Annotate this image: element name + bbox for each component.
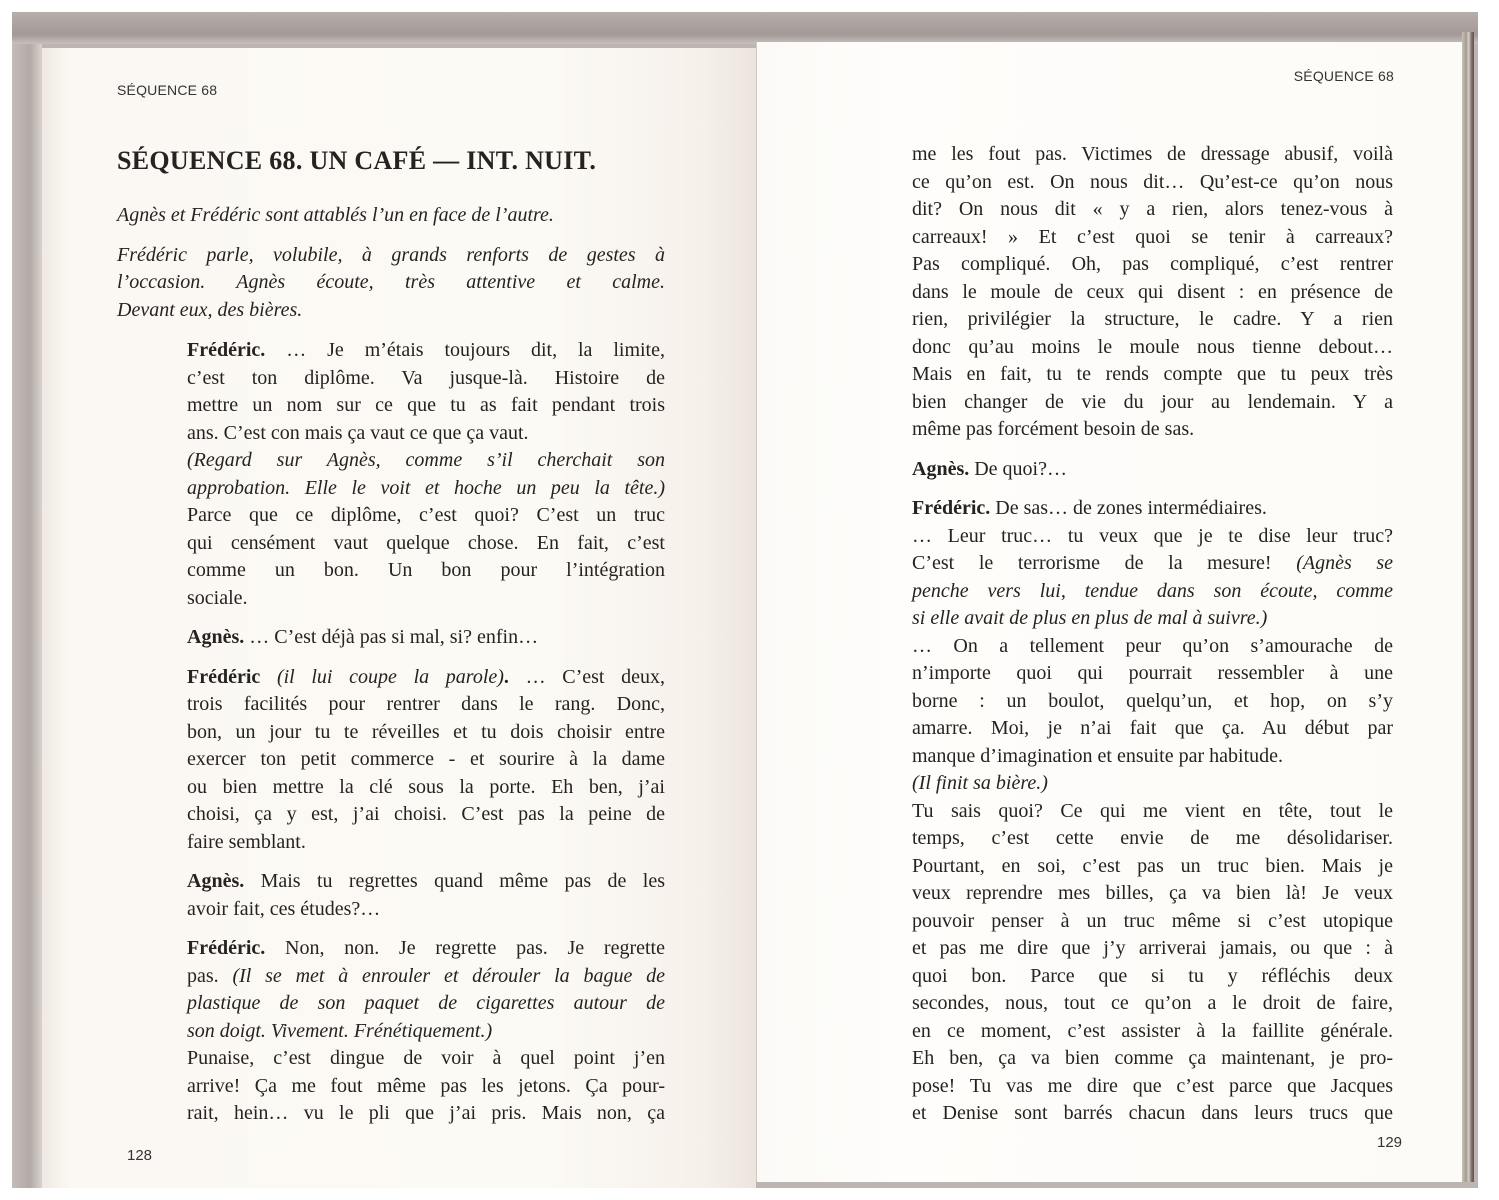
scene-title: SÉQUENCE 68. UN CAFÉ — INT. NUIT. xyxy=(117,146,596,176)
speech-run: Pas compliqué. Oh, pas compliqué, c’est … xyxy=(912,253,1393,275)
speech-run: … Je m’étais toujours dit, la limite, xyxy=(265,339,665,361)
speaker-name: Frédéric. xyxy=(912,497,990,519)
text-line: l’occasion. Agnès écoute, très attentive… xyxy=(117,269,665,297)
text-line: bien changer de vie du jour au lendemain… xyxy=(912,389,1393,417)
speech-run: pas. xyxy=(187,965,232,987)
text-line: rien, privilégier la structure, le cadre… xyxy=(912,306,1393,334)
stage-direction-run: penche vers lui, tendue dans son écoute,… xyxy=(912,580,1393,602)
text-line: avoir fait, ces études?… xyxy=(187,896,665,924)
text-line: me les fout pas. Victimes de dressage ab… xyxy=(912,141,1393,169)
dialogue-block: Agnès. Mais tu regrettes quand même pas … xyxy=(187,868,665,923)
speech-run: manque d’imagination et ensuite par habi… xyxy=(912,745,1283,767)
stage-direction: Agnès et Frédéric sont attablés l’un en … xyxy=(117,202,665,230)
left-page-number: 128 xyxy=(127,1147,152,1164)
text-line: en ce moment, c’est assister à la failli… xyxy=(912,1018,1393,1046)
text-line: et pas me dire que j’y arriverai jamais,… xyxy=(912,935,1393,963)
text-line: secondes, nous, tout ce qu’on a le droit… xyxy=(912,990,1393,1018)
stage-direction-run: plastique de son paquet de cigarettes au… xyxy=(187,992,665,1014)
speech-run: Punaise, c’est dingue de voir à quel poi… xyxy=(187,1047,665,1069)
text-line: veux reprendre mes billes, ça va bien là… xyxy=(912,880,1393,908)
text-line: manque d’imagination et ensuite par habi… xyxy=(912,743,1393,771)
text-line: mettre un nom sur ce que tu as fait pend… xyxy=(187,392,665,420)
text-line: dit? On nous dit « y a rien, alors tenez… xyxy=(912,196,1393,224)
speaker-name: Agnès. xyxy=(912,458,969,480)
text-line: donc qu’au moins le moule nous tienne de… xyxy=(912,334,1393,362)
speech-run: … C’est deux, xyxy=(509,666,665,688)
text-line: qui censément vaut quelque chose. En fai… xyxy=(187,530,665,558)
speech-run: donc qu’au moins le moule nous tienne de… xyxy=(912,336,1393,358)
book-left-edge xyxy=(12,12,42,1188)
text-line: (Il finit sa bière.) xyxy=(912,770,1393,798)
speaker-name: Agnès. xyxy=(187,626,244,648)
speech-run: dit? On nous dit « y a rien, alors tenez… xyxy=(912,198,1393,220)
speech-run: … On a tellement peur qu’on s’amourache … xyxy=(912,635,1393,657)
speech-run: rien, privilégier la structure, le cadre… xyxy=(912,308,1393,330)
speech-run: ans. C’est con mais ça vaut ce que ça va… xyxy=(187,422,529,444)
stage-direction-run: (Il se met à enrouler et dérouler la bag… xyxy=(232,965,665,987)
speech-run: et pas me dire que j’y arriverai jamais,… xyxy=(912,937,1393,959)
speech-run: pose! Tu vas me dire que c’est parce que… xyxy=(912,1075,1393,1097)
stage-direction-run: (Il finit sa bière.) xyxy=(912,772,1048,794)
speech-run: Non, non. Je regrette pas. Je regrette xyxy=(265,937,665,959)
stage-direction-run: (Regard sur Agnès, comme s’il cherchait … xyxy=(187,449,665,471)
speaker-name: Frédéric. xyxy=(187,339,265,361)
speech-run: … C’est déjà pas si mal, si? enfin… xyxy=(244,626,538,648)
text-line: pose! Tu vas me dire que c’est parce que… xyxy=(912,1073,1393,1101)
text-line: Frédéric (il lui coupe la parole). … C’e… xyxy=(187,664,665,692)
text-line: son doigt. Vivement. Frénétiquement.) xyxy=(187,1018,665,1046)
speech-run: secondes, nous, tout ce qu’on a le droit… xyxy=(912,992,1393,1014)
speech-run: arrive! Ça me fout même pas les jetons. … xyxy=(187,1075,665,1097)
text-line: exercer ton petit commerce - et sourire … xyxy=(187,746,665,774)
stage-direction-run: approbation. Elle le voit et hoche un pe… xyxy=(187,477,665,499)
text-line: carreaux! » Et c’est quoi se tenir à car… xyxy=(912,224,1393,252)
speech-run: De sas… de zones intermédiaires. xyxy=(990,497,1267,519)
text-line: rait, hein… vu le pli que j’ai pris. Mai… xyxy=(187,1100,665,1128)
speech-run: même pas forcément besoin de sas. xyxy=(912,418,1194,440)
stage-direction-run: (Agnès se xyxy=(1296,552,1393,574)
text-line: Tu sais quoi? Ce qui me vient en tête, t… xyxy=(912,798,1393,826)
speech-run: qui censément vaut quelque chose. En fai… xyxy=(187,532,665,554)
speech-run: c’est ton diplôme. Va jusque-là. Histoir… xyxy=(187,367,665,389)
text-line: si elle avait de plus en plus de mal à s… xyxy=(912,605,1393,633)
speaker-name: Frédéric xyxy=(187,666,260,688)
speech-run: carreaux! » Et c’est quoi se tenir à car… xyxy=(912,226,1393,248)
speaker-name: Agnès. xyxy=(187,870,244,892)
speech-run: Mais en fait, tu te rends compte que tu … xyxy=(912,363,1393,385)
speech-run: me les fout pas. Victimes de dressage ab… xyxy=(912,143,1393,165)
text-line: … Leur truc… tu veux que je te dise leur… xyxy=(912,523,1393,551)
speech-run: exercer ton petit commerce - et sourire … xyxy=(187,748,665,770)
left-page: SÉQUENCE 68 SÉQUENCE 68. UN CAFÉ — INT. … xyxy=(42,48,756,1188)
left-dialogue: Frédéric. … Je m’étais toujours dit, la … xyxy=(187,337,665,1128)
speech-run: sociale. xyxy=(187,587,248,609)
text-line: amarre. Moi, je n’ai fait que ça. Au déb… xyxy=(912,715,1393,743)
text-line: trois facilités pour rentrer dans le ran… xyxy=(187,691,665,719)
speech-run: quoi bon. Parce que si tu y réfléchis de… xyxy=(912,965,1393,987)
speech-run: Mais tu regrettes quand même pas de les xyxy=(244,870,665,892)
text-line: Pourtant, en soi, c’est pas un truc bien… xyxy=(912,853,1393,881)
right-page: SÉQUENCE 68 me les fout pas. Victimes de… xyxy=(756,42,1462,1182)
text-line: Frédéric parle, volubile, à grands renfo… xyxy=(117,242,665,270)
dialogue-block: Agnès. De quoi?… xyxy=(912,456,1393,484)
speech-run: dans le moule de ceux qui disent : en pr… xyxy=(912,281,1393,303)
text-line: choisi, ça y est, j’ai choisi. C’est pas… xyxy=(187,801,665,829)
text-line: C’est le terrorisme de la mesure! (Agnès… xyxy=(912,550,1393,578)
dialogue-block: Frédéric. … Je m’étais toujours dit, la … xyxy=(187,337,665,612)
text-line: Devant eux, des bières. xyxy=(117,297,665,325)
book-right-edge xyxy=(1462,32,1474,1182)
text-line: ce qu’on est. On nous dit… Qu’est-ce qu’… xyxy=(912,169,1393,197)
stage-direction-run: son doigt. Vivement. Frénétiquement.) xyxy=(187,1020,492,1042)
stage-direction-run: (il lui coupe la parole) xyxy=(260,666,504,688)
speech-run: choisi, ça y est, j’ai choisi. C’est pas… xyxy=(187,803,665,825)
text-line: arrive! Ça me fout même pas les jetons. … xyxy=(187,1073,665,1101)
speech-run: amarre. Moi, je n’ai fait que ça. Au déb… xyxy=(912,717,1393,739)
text-line: pas. (Il se met à enrouler et dérouler l… xyxy=(187,963,665,991)
dialogue-block: Frédéric (il lui coupe la parole). … C’e… xyxy=(187,664,665,857)
dialogue-block: Frédéric. Non, non. Je regrette pas. Je … xyxy=(187,935,665,1128)
text-line: borne : un boulot, quelqu’un, et hop, on… xyxy=(912,688,1393,716)
text-line: Punaise, c’est dingue de voir à quel poi… xyxy=(187,1045,665,1073)
speech-run: trois facilités pour rentrer dans le ran… xyxy=(187,693,665,715)
speech-run: borne : un boulot, quelqu’un, et hop, on… xyxy=(912,690,1393,712)
text-line: même pas forcément besoin de sas. xyxy=(912,416,1393,444)
text-line: bon, un jour tu te réveilles et tu dois … xyxy=(187,719,665,747)
text-line: Parce que ce diplôme, c’est quoi? C’est … xyxy=(187,502,665,530)
text-line: Agnès. … C’est déjà pas si mal, si? enfi… xyxy=(187,624,665,652)
speaker-name: Frédéric. xyxy=(187,937,265,959)
text-line: Eh ben, ça va bien comme ça maintenant, … xyxy=(912,1045,1393,1073)
text-line: Frédéric. Non, non. Je regrette pas. Je … xyxy=(187,935,665,963)
speech-run: bien changer de vie du jour au lendemain… xyxy=(912,391,1393,413)
text-line: Agnès. De quoi?… xyxy=(912,456,1393,484)
speech-run: avoir fait, ces études?… xyxy=(187,898,380,920)
text-line: Frédéric. … Je m’étais toujours dit, la … xyxy=(187,337,665,365)
text-line: c’est ton diplôme. Va jusque-là. Histoir… xyxy=(187,365,665,393)
left-running-head: SÉQUENCE 68 xyxy=(117,82,217,98)
text-line: et Denise sont barrés chacun dans leurs … xyxy=(912,1100,1393,1128)
text-line: faire semblant. xyxy=(187,829,665,857)
speech-run: veux reprendre mes billes, ça va bien là… xyxy=(912,882,1393,904)
speech-run: mettre un nom sur ce que tu as fait pend… xyxy=(187,394,665,416)
text-line: comme un bon. Un bon pour l’intégration xyxy=(187,557,665,585)
speech-run: n’importe quoi qui pourrait ressembler à… xyxy=(912,662,1393,684)
text-line: Agnès. Mais tu regrettes quand même pas … xyxy=(187,868,665,896)
speech-run: Pourtant, en soi, c’est pas un truc bien… xyxy=(912,855,1393,877)
text-line: Agnès et Frédéric sont attablés l’un en … xyxy=(117,202,665,230)
text-line: Frédéric. De sas… de zones intermédiaire… xyxy=(912,495,1393,523)
text-line: penche vers lui, tendue dans son écoute,… xyxy=(912,578,1393,606)
text-line: plastique de son paquet de cigarettes au… xyxy=(187,990,665,1018)
text-line: Pas compliqué. Oh, pas compliqué, c’est … xyxy=(912,251,1393,279)
speech-run: temps, c’est cette envie de me désolidar… xyxy=(912,827,1393,849)
stage-direction: Frédéric parle, volubile, à grands renfo… xyxy=(117,242,665,325)
dialogue-block: Agnès. … C’est déjà pas si mal, si? enfi… xyxy=(187,624,665,652)
speech-run: … Leur truc… tu veux que je te dise leur… xyxy=(912,525,1393,547)
speech-run: Tu sais quoi? Ce qui me vient en tête, t… xyxy=(912,800,1393,822)
text-line: (Regard sur Agnès, comme s’il cherchait … xyxy=(187,447,665,475)
speech-run: comme un bon. Un bon pour l’intégration xyxy=(187,559,665,581)
text-line: dans le moule de ceux qui disent : en pr… xyxy=(912,279,1393,307)
text-line: approbation. Elle le voit et hoche un pe… xyxy=(187,475,665,503)
text-line: sociale. xyxy=(187,585,665,613)
text-line: temps, c’est cette envie de me désolidar… xyxy=(912,825,1393,853)
speech-run: pouvoir penser à un truc même si c’est u… xyxy=(912,910,1393,932)
speech-run: ou bien mettre la clé sous la porte. Eh … xyxy=(187,776,665,798)
speech-run: rait, hein… vu le pli que j’ai pris. Mai… xyxy=(187,1102,665,1124)
text-line: quoi bon. Parce que si tu y réfléchis de… xyxy=(912,963,1393,991)
dialogue-block: me les fout pas. Victimes de dressage ab… xyxy=(912,141,1393,444)
speech-run: faire semblant. xyxy=(187,831,306,853)
speech-run: Parce que ce diplôme, c’est quoi? C’est … xyxy=(187,504,665,526)
right-running-head: SÉQUENCE 68 xyxy=(1294,68,1394,84)
text-line: n’importe quoi qui pourrait ressembler à… xyxy=(912,660,1393,688)
right-dialogue: me les fout pas. Victimes de dressage ab… xyxy=(912,141,1393,1128)
book-top-shadow xyxy=(12,12,1478,44)
text-line: … On a tellement peur qu’on s’amourache … xyxy=(912,633,1393,661)
speech-run: et Denise sont barrés chacun dans leurs … xyxy=(912,1102,1393,1124)
speech-run: C’est le terrorisme de la mesure! xyxy=(912,552,1296,574)
speech-run: en ce moment, c’est assister à la failli… xyxy=(912,1020,1393,1042)
speech-run: bon, un jour tu te réveilles et tu dois … xyxy=(187,721,665,743)
speech-run: ce qu’on est. On nous dit… Qu’est-ce qu’… xyxy=(912,171,1393,193)
stage-direction-run: si elle avait de plus en plus de mal à s… xyxy=(912,607,1267,629)
text-line: Mais en fait, tu te rends compte que tu … xyxy=(912,361,1393,389)
text-line: pouvoir penser à un truc même si c’est u… xyxy=(912,908,1393,936)
speech-run: De quoi?… xyxy=(969,458,1067,480)
dialogue-block: Frédéric. De sas… de zones intermédiaire… xyxy=(912,495,1393,1128)
text-line: ou bien mettre la clé sous la porte. Eh … xyxy=(187,774,665,802)
left-stage-directions: Agnès et Frédéric sont attablés l’un en … xyxy=(117,202,665,324)
right-page-number: 129 xyxy=(1377,1134,1402,1151)
speech-run: Eh ben, ça va bien comme ça maintenant, … xyxy=(912,1047,1393,1069)
text-line: ans. C’est con mais ça vaut ce que ça va… xyxy=(187,420,665,448)
